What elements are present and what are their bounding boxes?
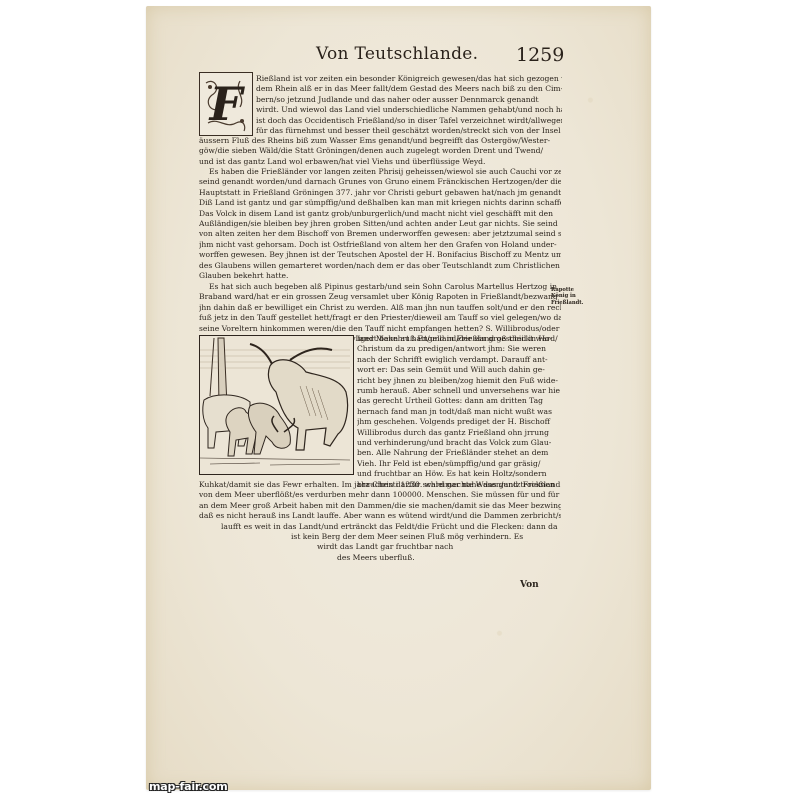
cattle-woodcut-icon	[200, 336, 350, 471]
paragraph-3-beside-image: landt bekehrt hatt/und in Frießland gesc…	[357, 334, 561, 490]
paragraph-1-lead: Rießland ist vor zeiten ein besonder Kön…	[256, 74, 562, 136]
text-line: an dem Meer groß Arbeit haben mit den Da…	[199, 501, 561, 511]
text-line: ben. Alle Nahrung der Frießländer stehet…	[357, 448, 561, 458]
text-line: des Meers uberfluß.	[199, 553, 561, 563]
text-line: Es hat sich auch begeben alß Pipinus ges…	[199, 282, 561, 292]
text-line: richt bey jhnen zu bleiben/zog hiemit de…	[357, 376, 561, 386]
text-line: landt bekehrt hatt/und in Frießland gesc…	[357, 334, 561, 344]
text-line: Rießland ist vor zeiten ein besonder Kön…	[256, 74, 562, 84]
text-line: Hauptstatt in Frießland Gröningen 377. j…	[199, 188, 561, 198]
decorated-initial: F	[199, 72, 253, 136]
text-line: jhm nicht vast gehorsam. Doch ist Ostfri…	[199, 240, 561, 250]
text-line: Braband ward/hat er ein grossen Zeug ver…	[199, 292, 561, 302]
note-line: Frießlandt.	[551, 300, 591, 306]
text-line: hernach fand man jn todt/daß man nicht w…	[357, 407, 561, 417]
text-line: Vieh. Ihr Feld ist eben/sümpffig/und gar…	[357, 459, 561, 469]
text-line: des Glaubens willen gemarteret worden/na…	[199, 261, 561, 271]
text-line: göw/die sieben Wäld/die Statt Gröningen/…	[199, 146, 561, 156]
paragraph-1-rest: äussern Fluß des Rheins biß zum Wasser E…	[199, 136, 561, 167]
text-line: laufft es weit in das Landt/und ertränck…	[199, 522, 561, 532]
text-line: und fruchtbar an Höw. Es hat kein Holtz/…	[357, 469, 561, 479]
text-line: von alten zeiten her dem Bischoff von Br…	[199, 229, 561, 239]
running-title: Von Teutschlande.	[316, 44, 478, 64]
text-line: seine Voreltern hinkommen weren/die den …	[199, 324, 561, 334]
initial-letter: F	[210, 77, 243, 131]
watermark-logo: map-fair.com	[149, 780, 227, 793]
text-line: das gerecht Urtheil Gottes: dann am drit…	[357, 396, 561, 406]
text-line: von dem Meer uberflößt/es verdurben mehr…	[199, 490, 561, 500]
text-line: Glauben bekehrt hatte.	[199, 271, 561, 281]
text-line: worffen gewesen. Bey jhnen ist der Teuts…	[199, 250, 561, 260]
text-line: jhm geschehen. Volgends prediget der H. …	[357, 417, 561, 427]
text-line: ist doch das Occidentisch Frießland/so i…	[256, 116, 562, 126]
page-number: 1259	[516, 44, 564, 66]
text-line: und ist das gantz Land wol erbawen/hat v…	[199, 157, 561, 167]
text-line: wirdt das Landt gar fruchtbar nach	[199, 542, 561, 552]
text-line: daß es nicht herauß ins Landt lauffe. Ab…	[199, 511, 561, 521]
text-line: Christum da zu predigen/antwort jhm: Sie…	[357, 344, 561, 354]
text-line: Kuhkat/damit sie das Fewr erhalten. Im j…	[199, 480, 561, 490]
text-line: Es haben die Frießländer vor langen zeit…	[199, 167, 561, 177]
text-line: Außländigen/sie bleiben bey jhren groben…	[199, 219, 561, 229]
woodcut-illustration	[199, 335, 354, 475]
text-line: und verhinderung/und bracht das Volck zu…	[357, 438, 561, 448]
text-line: dem Rhein alß er in das Meer fallt/dem G…	[256, 84, 562, 94]
text-line: wort er: Das sein Gemüt und Will auch da…	[357, 365, 561, 375]
text-line: für das fürnehmst und besser theil gesch…	[256, 126, 562, 136]
text-line: rumb herauß. Aber schnell und unversehen…	[357, 386, 561, 396]
text-line: ist kein Berg der dem Meer seinen Fluß m…	[199, 532, 561, 542]
text-line: Das Volck in disem Land ist gantz grob/u…	[199, 209, 561, 219]
text-line: nach der Schrifft ewiglich verdampt. Dar…	[357, 355, 561, 365]
text-line: Diß Land ist gantz und gar sümpffig/und …	[199, 198, 561, 208]
text-line: wirdt. Und wiewol das Land viel undersch…	[256, 105, 562, 115]
text-line: Willibrodus durch das gantz Frießland oh…	[357, 428, 561, 438]
text-line: seind genandt worden/und darnach Grunes …	[199, 177, 561, 187]
text-line: äussern Fluß des Rheins biß zum Wasser E…	[199, 136, 561, 146]
paragraph-3-after-image: Kuhkat/damit sie das Fewr erhalten. Im j…	[199, 480, 561, 563]
paragraph-2: Es haben die Frießländer vor langen zeit…	[199, 167, 561, 281]
text-line: jhn dahin daß er bewilliget ein Christ z…	[199, 303, 561, 313]
text-line: bern/so jetzund Judlande und das naher o…	[256, 95, 562, 105]
catchword: Von	[520, 580, 539, 590]
marginal-note: Rapotte König in Frießlandt.	[551, 287, 591, 306]
text-line: fuß jetz in den Tauff gestellet hett/fra…	[199, 313, 561, 323]
